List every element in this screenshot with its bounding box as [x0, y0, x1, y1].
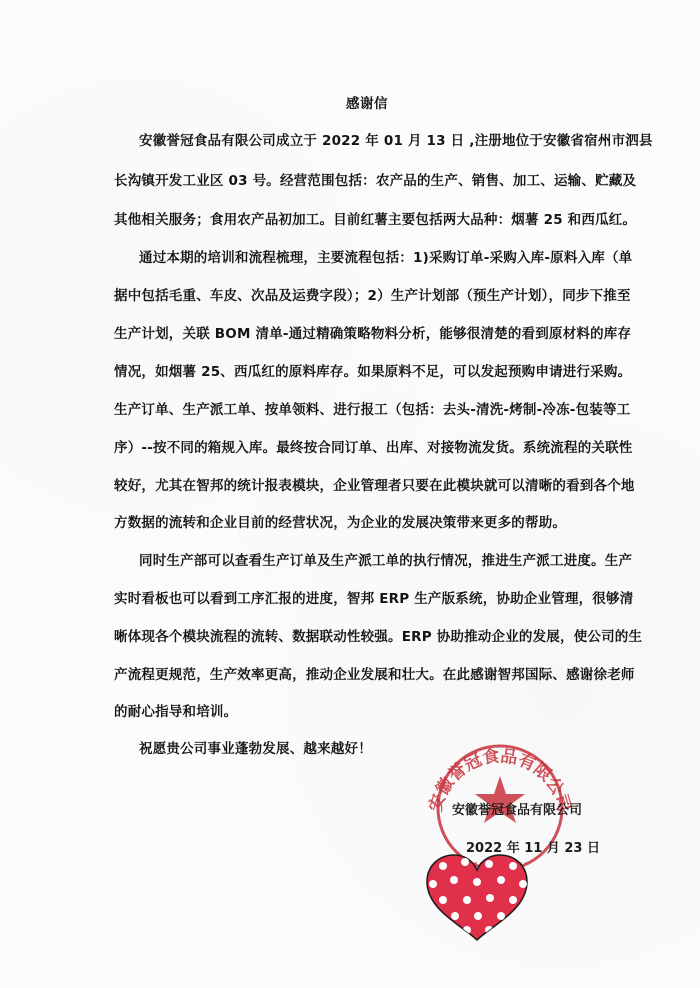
paragraph-3-line-4: 产流程更规范，生产效率更高，推动企业发展和壮大。在此感谢智邦国际、感谢徐老师 — [114, 666, 635, 684]
signature-company: 安徽誉冠食品有限公司 — [452, 799, 582, 818]
paragraph-1-line-3: 其他相关服务；食用农产品初加工。目前红薯主要包括两大品种：烟薯 25 和西瓜红。 — [114, 211, 636, 229]
paragraph-2-line-3: 生产计划，关联 BOM 清单-通过精确策略物料分析，能够很清楚的看到原材料的库存 — [114, 325, 631, 343]
paragraph-2-line-6: 序）--按不同的箱规入库。最终按合同订单、出库、对接物流发货。系统流程的关联性 — [114, 439, 633, 457]
letter-page: 感谢信 安徽誉冠食品有限公司成立于 2022 年 01 月 13 日 ,注册地位… — [0, 0, 700, 988]
paragraph-3-line-1: 同时生产部可以查看生产订单及生产派工单的执行情况，推进生产派工进度。生产 — [139, 552, 632, 570]
paragraph-3-line-3: 晰体现各个模块流程的流转、数据联动性较强。ERP 协助推动企业的发展，使公司的生 — [114, 628, 642, 646]
paragraph-3-line-5: 的耐心指导和培训。 — [114, 703, 237, 721]
polka-dot-heart-icon — [423, 852, 531, 944]
paragraph-1-line-2: 长沟镇开发工业区 03 号。经营范围包括：农产品的生产、销售、加工、运输、贮藏及 — [114, 172, 636, 190]
paragraph-2-line-5: 生产订单、生产派工单、按单领料、进行报工（包括：去头-清洗-烤制-冷冻-包装等工 — [114, 401, 630, 419]
paragraph-2-line-7: 较好，尤其在智邦的统计报表模块，企业管理者只要在此模块就可以清晰的看到各个地 — [114, 477, 635, 495]
paragraph-2-line-1: 通过本期的培训和流程梳理，主要流程包括：1)采购订单-采购入库-原料入库（单 — [139, 249, 632, 267]
paragraph-2-line-4: 情况，如烟薯 25、西瓜红的原料库存。如果原料不足，可以发起预购申请进行采购。 — [114, 363, 631, 381]
paragraph-2-line-8: 方数据的流转和企业目前的经营状况，为企业的发展决策带来更多的帮助。 — [114, 514, 566, 532]
paragraph-1-line-1: 安徽誉冠食品有限公司成立于 2022 年 01 月 13 日 ,注册地位于安徽省… — [139, 132, 653, 150]
paragraph-2-line-2: 据中包括毛重、车皮、次品及运费字段）；2）生产计划部（预生产计划），同步下推至 — [114, 287, 631, 305]
paragraph-3-line-2: 实时看板也可以看到工序汇报的进度，智邦 ERP 生产版系统，协助企业管理，很够清 — [114, 590, 633, 608]
closing-wish: 祝愿贵公司事业蓬勃发展、越来越好！ — [139, 740, 372, 758]
letter-title: 感谢信 — [0, 92, 700, 112]
